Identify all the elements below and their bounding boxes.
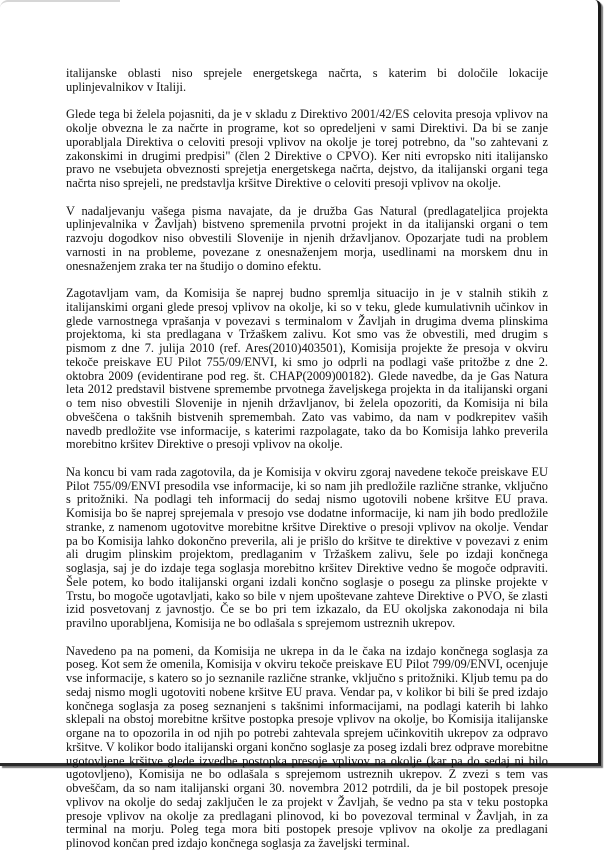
paragraph-eu-pilot-assessment: Na koncu bi vam rada zagotovila, da je K… bbox=[66, 466, 548, 631]
paragraph-commission-monitoring: Zagotavljam vam, da Komisija še naprej b… bbox=[66, 287, 548, 452]
paragraph-directive-explanation: Glede tega bi želela pojasniti, da je v … bbox=[66, 108, 548, 191]
letter-body: italijanske oblasti niso sprejele energe… bbox=[66, 67, 548, 769]
paragraph-gas-natural-claims: V nadaljevanju vašega pisma navajate, da… bbox=[66, 205, 548, 274]
page-curl-shadow bbox=[0, 0, 120, 8]
paragraph-energy-plan: italijanske oblasti niso sprejele energe… bbox=[66, 67, 548, 95]
scanned-page: italijanske oblasti niso sprejele energe… bbox=[0, 0, 601, 766]
paragraph-commission-action: Navedeno pa na pomeni, da Komisija ne uk… bbox=[66, 645, 548, 770]
